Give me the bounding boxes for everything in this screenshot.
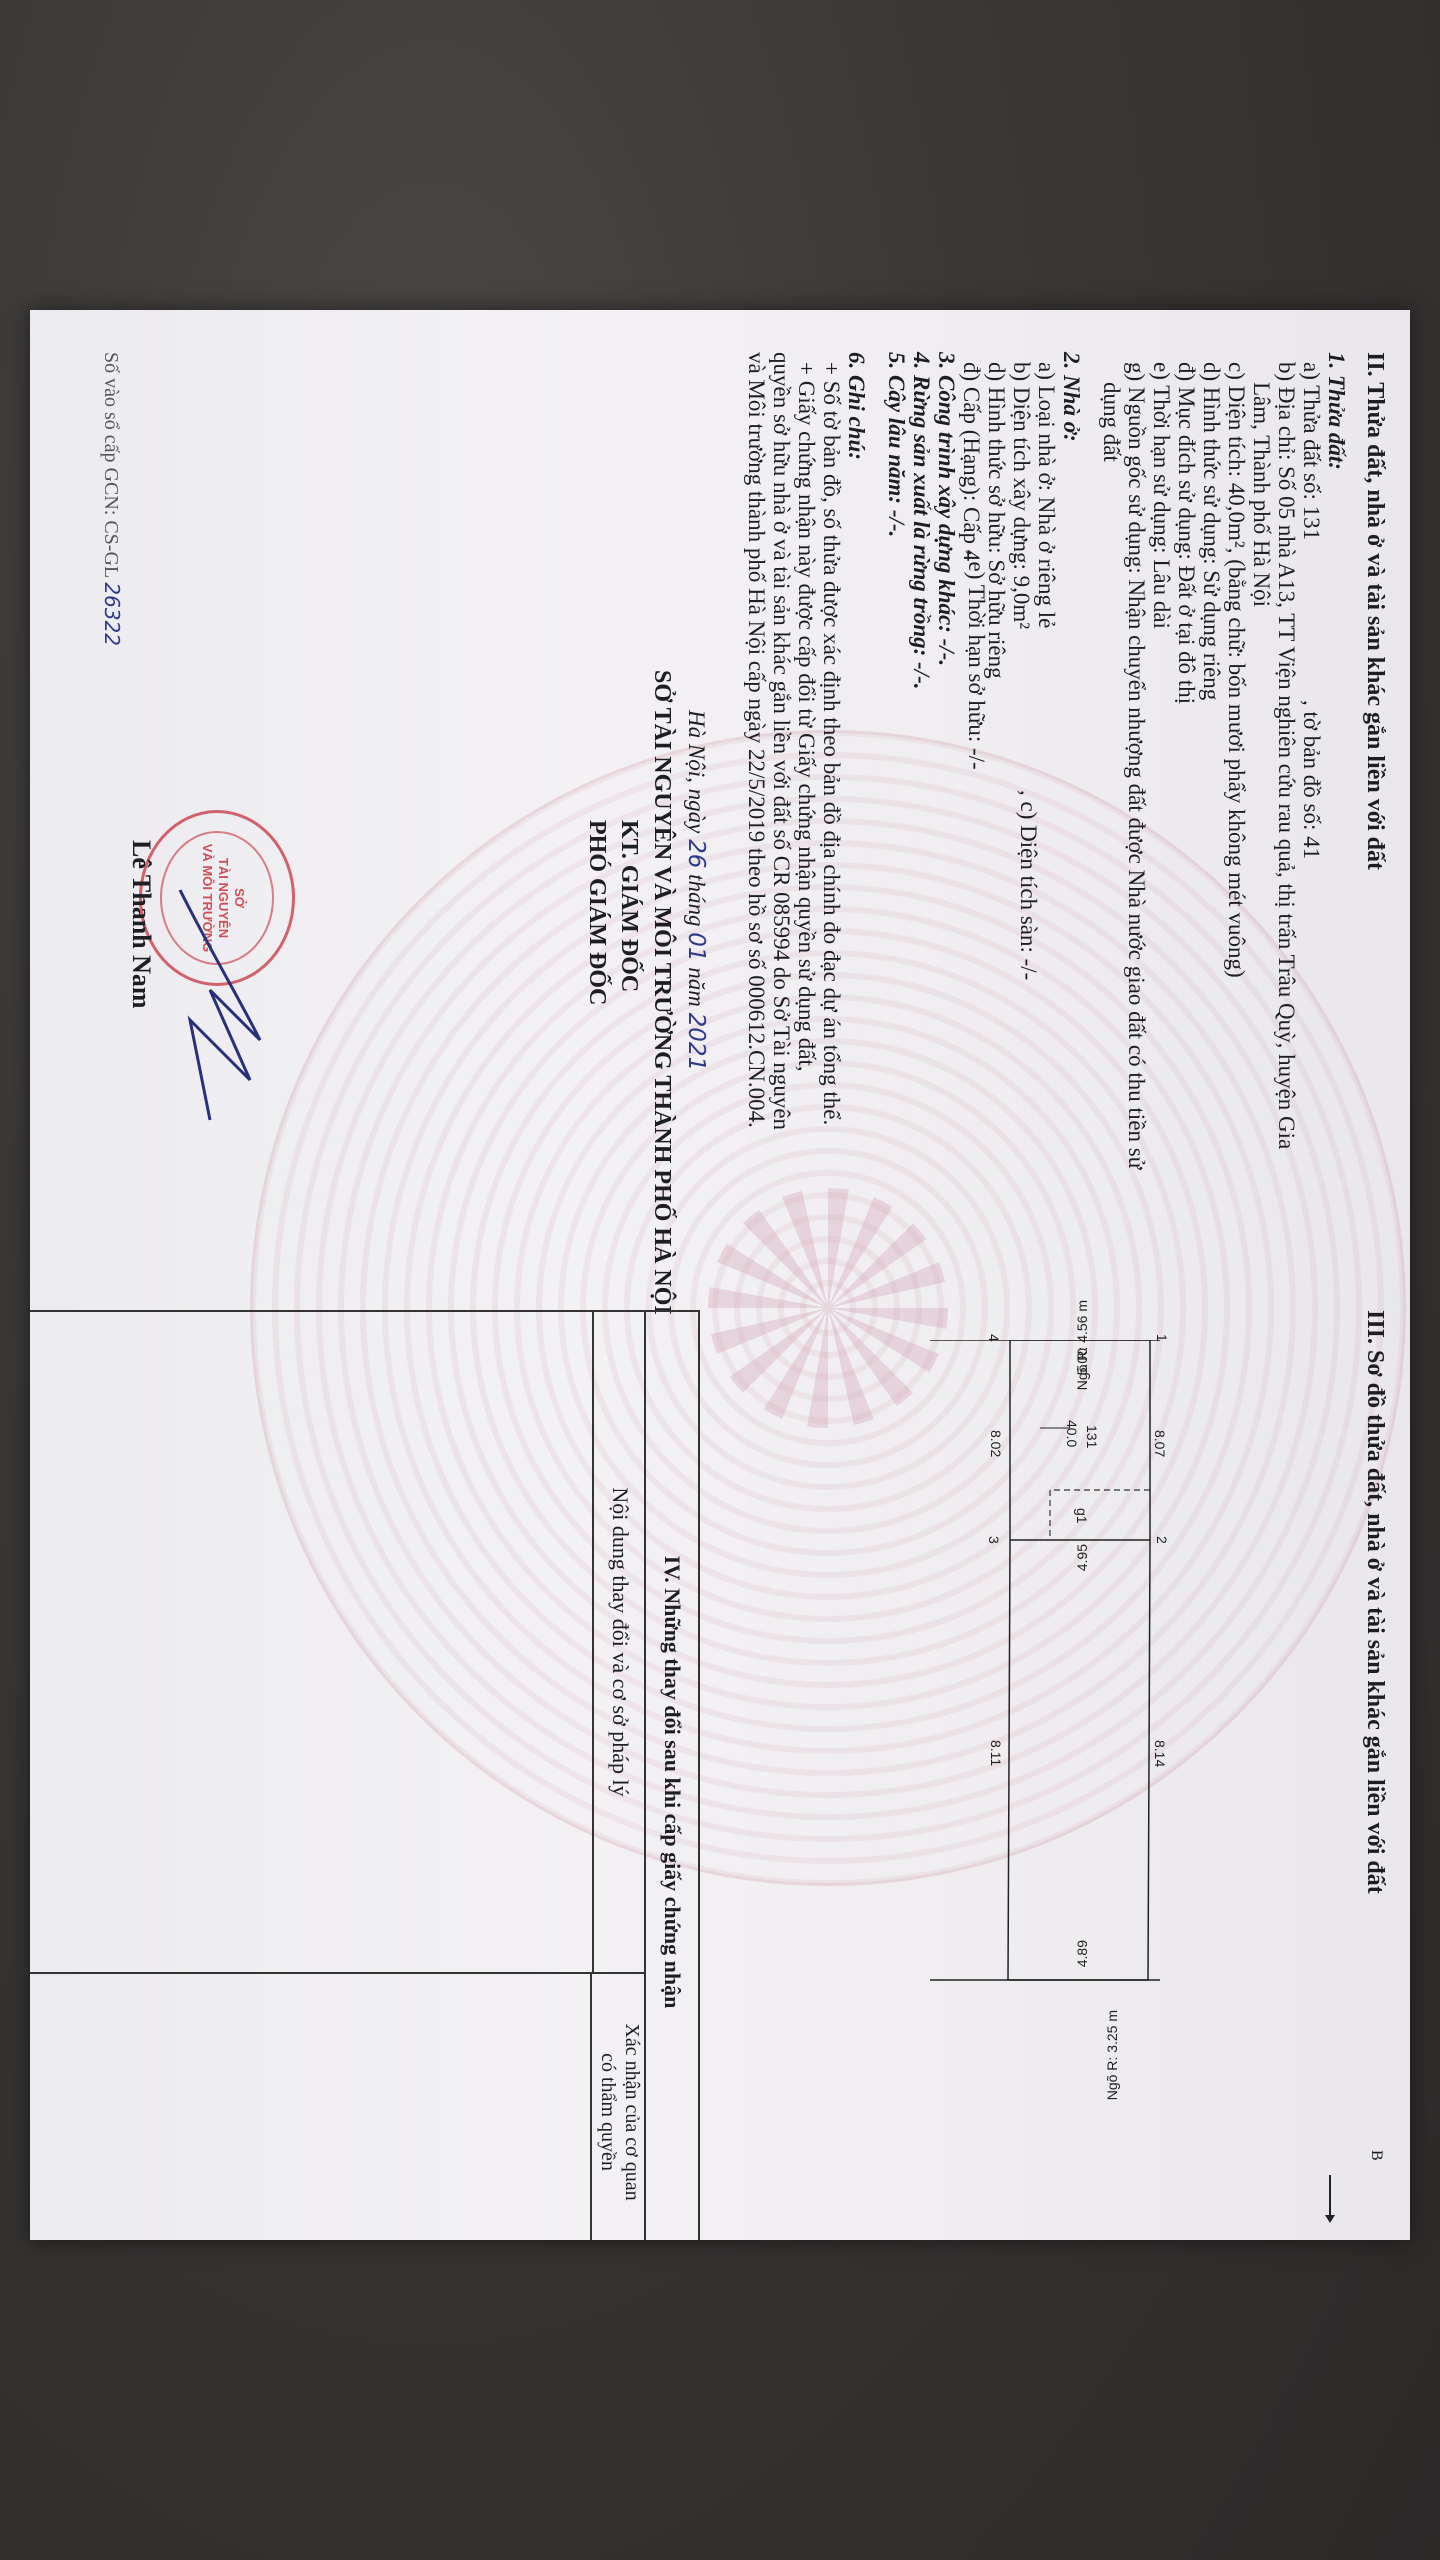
other-works: 3. Công trình xây dựng khác: -/-. xyxy=(933,352,960,666)
issuing-agency: SỞ TÀI NGUYÊN VÀ MÔI TRƯỜNG THÀNH PHỐ HÀ… xyxy=(648,670,675,1315)
use-origin-line2: dụng đất xyxy=(1098,382,1125,462)
registry-number: Số vào sổ cấp GCN: CS-GL 26322 xyxy=(97,352,125,646)
vertex-3: 3 xyxy=(986,1536,1002,1544)
note-line4: và Môi trường thành phố Hà Nội cấp ngày … xyxy=(743,352,770,1128)
vertex-1: 1 xyxy=(1154,1334,1170,1342)
edge-3-end: 8.11 xyxy=(988,1740,1004,1766)
use-origin-line1: g) Nguồn gốc sử dụng: Nhận chuyển nhượng… xyxy=(1123,362,1150,1169)
note-line2: + Giấy chứng nhận này được cấp đổi từ Gi… xyxy=(793,362,820,1072)
signature-icon xyxy=(150,870,320,1130)
edge-1-4: 5.00 xyxy=(1074,1348,1090,1375)
house-heading: 2. Nhà ở: xyxy=(1058,352,1085,442)
changes-table: IV. Những thay đổi sau khi cấp giấy chứn… xyxy=(30,1310,700,2240)
signer-name: Lê Thanh Nam xyxy=(128,840,155,1009)
parcel-area-label: 40.0 xyxy=(1064,1420,1080,1447)
parcel-diagram: Ngõ R: 4.56 m Ngõ R: 3.25 m 1 2 3 4 5.00… xyxy=(870,1340,1230,2120)
plantation: 4. Rừng sản xuất là rừng trồng: -/-. xyxy=(908,352,935,690)
certificate-content: II. Thửa đất, nhà ở và tài sản khác gắn … xyxy=(30,310,1410,2240)
certificate-page: II. Thửa đất, nhà ở và tài sản khác gắn … xyxy=(30,310,1410,2240)
section3-title: III. Sơ đồ thửa đất, nhà ở và tài sản kh… xyxy=(1361,1310,1388,1894)
notes-heading: 6. Ghi chú: xyxy=(843,352,870,460)
address-line2: Lâm, Thành phố Hà Nội xyxy=(1248,382,1275,607)
floor-area: , c) Diện tích sàn: -/- xyxy=(1015,790,1042,980)
issue-day: 26 xyxy=(683,839,709,868)
built-area: b) Diện tích xây dựng: 9,0m² xyxy=(1008,362,1035,629)
house-label: g1 xyxy=(1074,1508,1090,1524)
road-bottom-label: Ngõ R: 3.25 m xyxy=(1104,2010,1120,2100)
address-line1: b) Địa chỉ: Số 05 nhà A13, TT Viện nghiê… xyxy=(1273,362,1300,1149)
vertex-4: 4 xyxy=(986,1334,1002,1342)
parcel-number-label: 131 xyxy=(1084,1425,1100,1448)
kt-title: KT. GIÁM ĐỐC xyxy=(615,820,642,992)
use-term: e) Thời hạn sử dụng: Lâu dài xyxy=(1148,362,1175,629)
land-heading: 1. Thửa đất: xyxy=(1323,352,1350,470)
edge-1-2: 8.07 xyxy=(1152,1430,1168,1457)
edge-end: 4.89 xyxy=(1074,1940,1090,1967)
edge-4-3: 8.02 xyxy=(988,1430,1004,1457)
vertex-2: 2 xyxy=(1154,1536,1170,1544)
north-arrow-icon xyxy=(1300,2165,1360,2225)
land-area: c) Diện tích: 40,0m², (bằng chữ: bốn mươ… xyxy=(1223,362,1250,978)
north-label: B xyxy=(1363,2150,1390,2161)
use-form: d) Hình thức sử dụng: Sử dụng riêng xyxy=(1198,362,1225,700)
changes-cell xyxy=(30,1312,592,1974)
section4-title: IV. Những thay đổi sau khi cấp giấy chứn… xyxy=(644,1312,698,2240)
note-line1: + Số tờ bản đồ, số thửa được xác định th… xyxy=(818,362,845,1125)
issue-month: 01 xyxy=(683,932,709,961)
edge-2-3: 4.95 xyxy=(1074,1544,1090,1571)
use-purpose: đ) Mục đích sử dụng: Đất ở tại đô thị xyxy=(1173,362,1200,704)
changes-column-header: Nội dung thay đổi và cơ sở pháp lý xyxy=(592,1312,646,1974)
ownership-term: , e) Thời hạn sở hữu: -/- xyxy=(963,550,990,770)
signer-role: PHÓ GIÁM ĐỐC xyxy=(583,820,610,1005)
map-sheet: , tờ bản đồ số: 41 xyxy=(1298,700,1325,859)
road-top-label: Ngõ R: 4.56 m xyxy=(1074,1300,1090,1390)
edge-2-end: 8.14 xyxy=(1152,1740,1168,1767)
note-line3: quyền sở hữu nhà ở và tài sản khác gắn l… xyxy=(768,352,795,1130)
perennial-trees: 5. Cây lâu năm: -/-. xyxy=(883,352,910,537)
parcel-number: a) Thửa đất số: 131 xyxy=(1298,362,1325,540)
confirmation-column-header: Xác nhận của cơ quan có thẩm quyền xyxy=(590,1972,646,2240)
issue-year: 2021 xyxy=(683,1013,709,1072)
house-grade: đ) Cấp (Hạng): Cấp 4 xyxy=(958,362,985,561)
house-type: a) Loại nhà ở: Nhà ở riêng lẻ xyxy=(1033,362,1060,628)
section2-title: II. Thửa đất, nhà ở và tài sản khác gắn … xyxy=(1361,352,1388,870)
issue-date: Hà Nội, ngày 26 tháng 01 năm 2021 xyxy=(682,710,710,1071)
confirmation-cell xyxy=(30,1972,592,2240)
